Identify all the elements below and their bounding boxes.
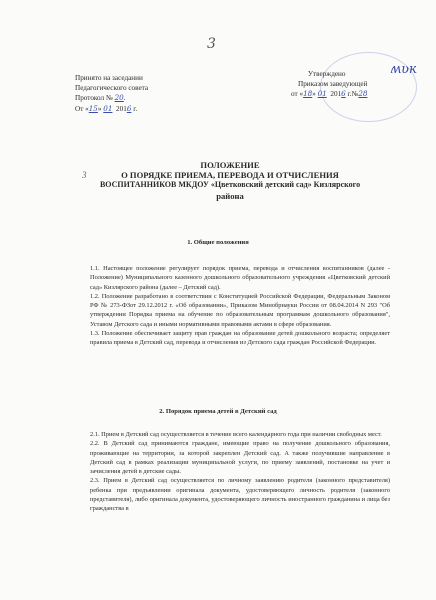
protocol-line: Протокол № 20.	[75, 93, 148, 103]
approved-line: Утверждено	[298, 69, 345, 79]
document-title: 3 ПОЛОЖЕНИЕ О ПОРЯДКЕ ПРИЕМА, ПЕРЕВОДА И…	[40, 160, 420, 201]
council-line: Педагогического совета	[75, 83, 148, 93]
section-1-body: 1.1. Настоящее положение регулирует поря…	[90, 264, 390, 348]
order-line: Приказом заведующей	[298, 79, 367, 89]
signature: ʍʋĸ	[390, 62, 417, 77]
date-month: 01	[103, 104, 112, 113]
paragraph-1-2: 1.2. Положение разработано в соответстви…	[90, 292, 390, 329]
paragraph-1-1: 1.1. Настоящее положение регулирует поря…	[90, 264, 390, 292]
section-heading-2: 2. Порядок приема детей в Детский сад	[0, 408, 436, 415]
section-2-body: 2.1. Прием в Детский сад осуществляется …	[90, 430, 390, 514]
order-month: 01	[318, 89, 327, 98]
order-date-line: от «18» 01 2016 г.№28	[273, 89, 367, 99]
protocol-number: 20	[115, 93, 124, 102]
date-line: От «15» 01 2016 г.	[75, 104, 148, 114]
paragraph-2-2: 2.2. В Детский сад принимаются граждане,…	[90, 439, 390, 476]
accepted-line: Принято на заседании	[75, 73, 148, 83]
paragraph-1-3: 1.3. Положение обеспечивает защиту прав …	[90, 329, 390, 348]
margin-mark: 3	[82, 170, 87, 180]
order-day: 18	[303, 89, 312, 98]
approval-block-right: Утверждено Приказом заведующей от «18» 0…	[298, 69, 367, 100]
section-heading-1: 1. Общие положения	[0, 239, 436, 246]
approval-block-left: Принято на заседании Педагогического сов…	[75, 73, 148, 114]
order-number: 28	[358, 89, 367, 98]
date-day: 15	[89, 104, 98, 113]
paragraph-2-3: 2.3. Прием в Детский сад осуществляется …	[90, 476, 390, 513]
paragraph-2-1: 2.1. Прием в Детский сад осуществляется …	[90, 430, 390, 439]
page-number: 3	[207, 36, 216, 52]
